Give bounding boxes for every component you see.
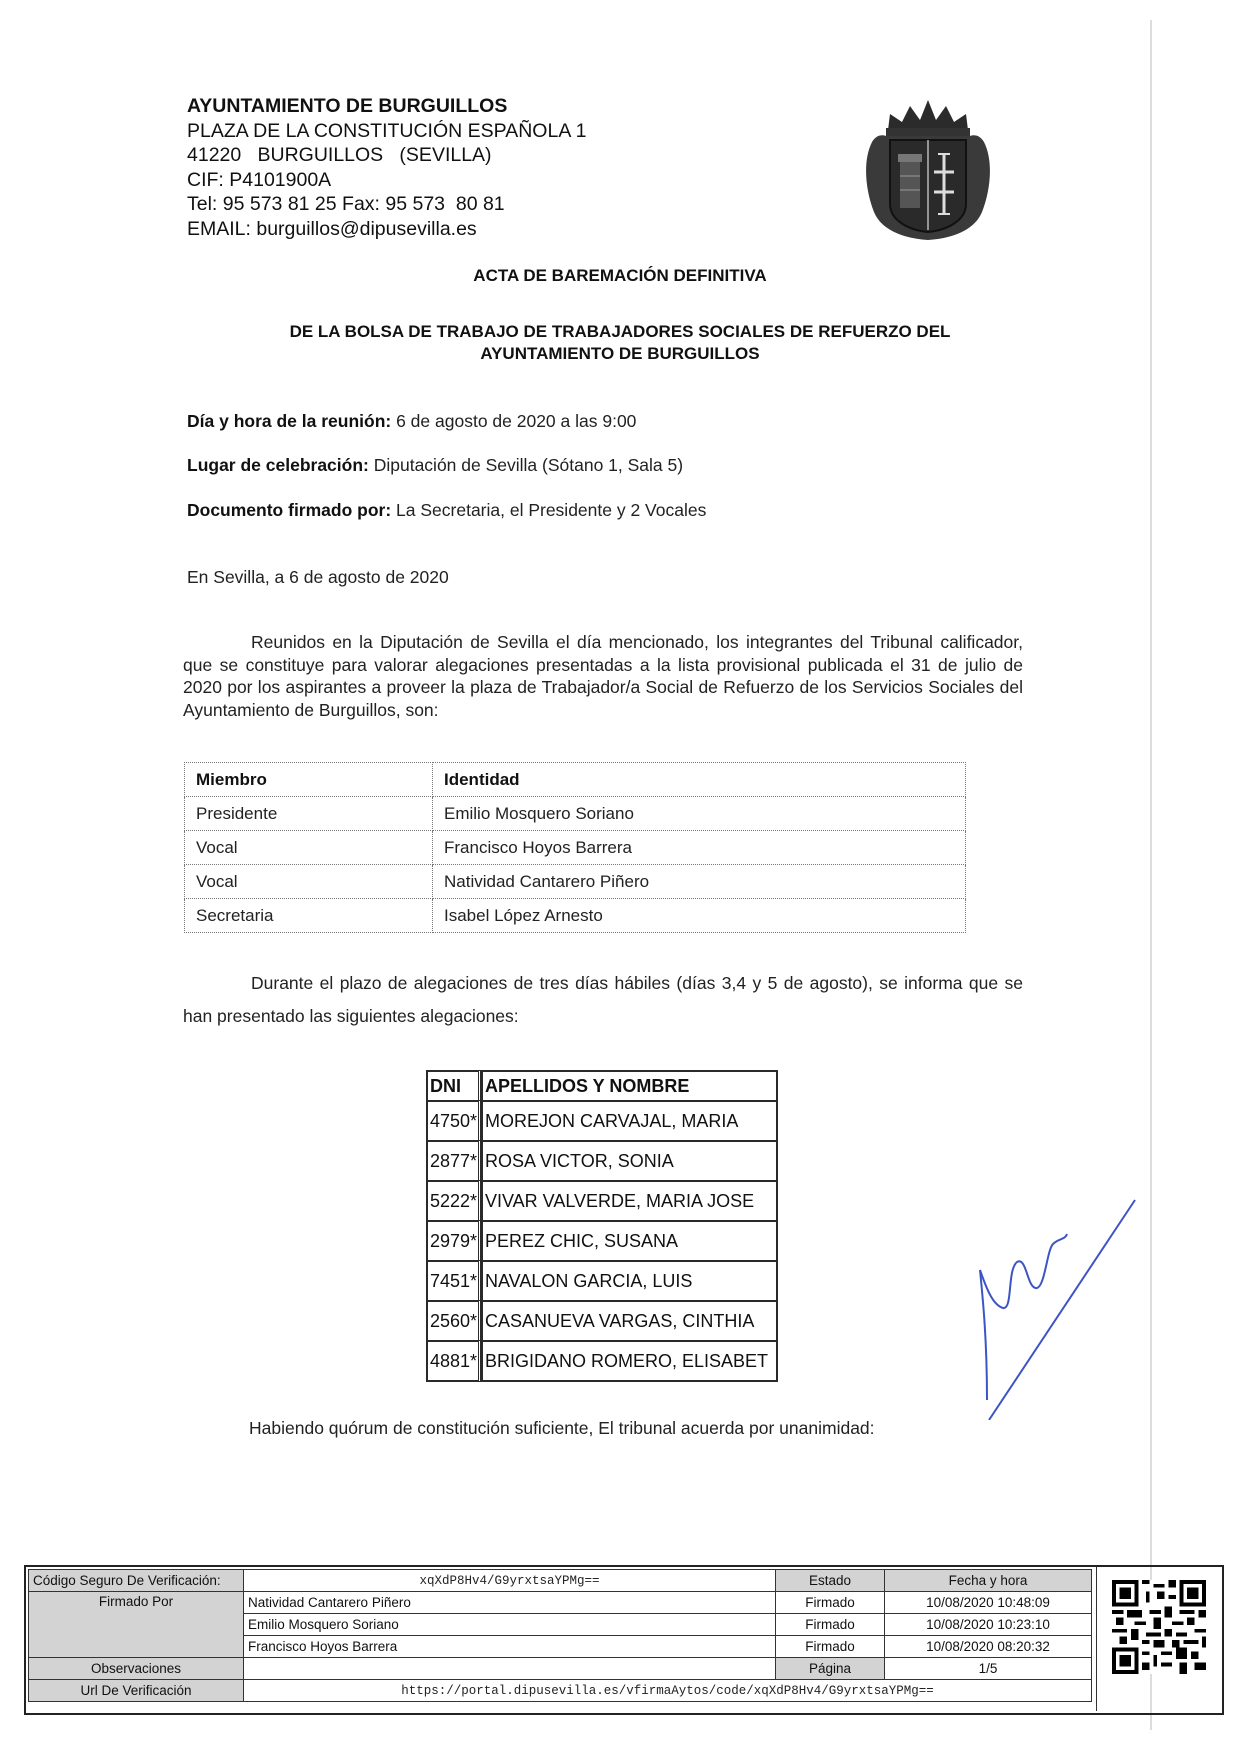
table-row: Vocal Francisco Hoyos Barrera [185,831,966,865]
signer-datetime: 10/08/2020 10:23:10 [885,1614,1092,1636]
signed-label: Documento firmado por: [187,500,391,520]
intro-paragraph-text: Reunidos en la Diputación de Sevilla el … [183,632,1023,720]
page-label: Página [776,1658,885,1680]
table-row: 2560* CASANUEVA VARGAS, CINTHIA [426,1300,778,1340]
signer-status: Firmado [776,1592,885,1614]
code-label: Código Seguro De Verificación: [29,1570,244,1592]
qr-code-icon [1112,1580,1206,1674]
dni-cell: 5222* [426,1180,481,1220]
table-header-row: Miembro Identidad [185,763,966,797]
organization-name: AYUNTAMIENTO DE BURGUILLOS [187,94,587,119]
column-header-name: APELLIDOS Y NOMBRE [481,1070,778,1100]
signer-datetime: 10/08/2020 08:20:32 [885,1636,1092,1658]
table-header-row: DNI APELLIDOS Y NOMBRE [426,1070,778,1100]
signed-by-label: Firmado Por [29,1592,244,1658]
dni-cell: 4881* [426,1340,481,1382]
meeting-place: Lugar de celebración: Diputación de Sevi… [187,455,683,476]
signer-datetime: 10/08/2020 10:48:09 [885,1592,1092,1614]
intro-paragraph: Reunidos en la Diputación de Sevilla el … [183,631,1023,721]
observations-value [244,1658,776,1680]
document-subtitle: DE LA BOLSA DE TRABAJO DE TRABAJADORES S… [0,321,1240,365]
signer-status: Firmado [776,1614,885,1636]
status-header: Estado [776,1570,885,1592]
name-cell: ROSA VICTOR, SONIA [481,1140,778,1180]
signer-name: Francisco Hoyos Barrera [244,1636,776,1658]
date-line: En Sevilla, a 6 de agosto de 2020 [187,567,449,588]
signer-status: Firmado [776,1636,885,1658]
subtitle-line-2: AYUNTAMIENTO DE BURGUILLOS [0,343,1240,365]
table-row: 4881* BRIGIDANO ROMERO, ELISABET [426,1340,778,1382]
signed-value: La Secretaria, el Presidente y 2 Vocales [391,500,706,520]
agreement-paragraph: Habiendo quórum de constitución suficien… [249,1418,875,1439]
column-header-identity: Identidad [433,763,966,797]
handwritten-signature-icon [975,1180,1145,1420]
column-header-dni: DNI [426,1070,481,1100]
signed-by: Documento firmado por: La Secretaria, el… [187,500,706,521]
table-row: 2877* ROSA VICTOR, SONIA [426,1140,778,1180]
table-row: 2979* PEREZ CHIC, SUSANA [426,1220,778,1260]
name-cell: NAVALON GARCIA, LUIS [481,1260,778,1300]
column-header-member: Miembro [185,763,433,797]
allegations-paragraph-text: Durante el plazo de alegaciones de tres … [183,973,1023,1026]
meeting-value: 6 de agosto de 2020 a las 9:00 [391,411,636,431]
place-value: Diputación de Sevilla (Sótano 1, Sala 5) [369,455,683,475]
observations-row: Observaciones Página 1/5 [29,1658,1092,1680]
address: PLAZA DE LA CONSTITUCIÓN ESPAÑOLA 1 [187,119,587,144]
dni-cell: 2979* [426,1220,481,1260]
name-cell: PEREZ CHIC, SUSANA [481,1220,778,1260]
url-row: Url De Verificación https://portal.dipus… [29,1680,1092,1702]
phone-fax: Tel: 95 573 81 25 Fax: 95 573 80 81 [187,192,587,217]
table-row: 4750* MOREJON CARVAJAL, MARIA [426,1100,778,1140]
member-name: Emilio Mosquero Soriano [433,797,966,831]
verification-table: Código Seguro De Verificación: xqXdP8Hv4… [28,1569,1092,1702]
member-role: Vocal [185,865,433,899]
city: 41220 BURGUILLOS (SEVILLA) [187,143,587,168]
signer-name: Emilio Mosquero Soriano [244,1614,776,1636]
dni-cell: 7451* [426,1260,481,1300]
observations-label: Observaciones [29,1658,244,1680]
signer-row: Firmado Por Natividad Cantarero Piñero F… [29,1592,1092,1614]
code-value: xqXdP8Hv4/G9yrxtsaYPMg== [244,1570,776,1592]
document-title: ACTA DE BAREMACIÓN DEFINITIVA [0,266,1240,286]
name-cell: MOREJON CARVAJAL, MARIA [481,1100,778,1140]
meeting-label: Día y hora de la reunión: [187,411,391,431]
coat-of-arms-icon [858,92,998,242]
name-cell: VIVAR VALVERDE, MARIA JOSE [481,1180,778,1220]
member-name: Francisco Hoyos Barrera [433,831,966,865]
place-label: Lugar de celebración: [187,455,369,475]
name-cell: BRIGIDANO ROMERO, ELISABET [481,1340,778,1382]
member-name: Natividad Cantarero Piñero [433,865,966,899]
member-role: Presidente [185,797,433,831]
member-role: Vocal [185,831,433,865]
table-row: Presidente Emilio Mosquero Soriano [185,797,966,831]
signer-name: Natividad Cantarero Piñero [244,1592,776,1614]
allegations-paragraph: Durante el plazo de alegaciones de tres … [183,967,1023,1033]
dni-cell: 2560* [426,1300,481,1340]
table-row: Vocal Natividad Cantarero Piñero [185,865,966,899]
datetime-header: Fecha y hora [885,1570,1092,1592]
page-value: 1/5 [885,1658,1092,1680]
table-row: Secretaria Isabel López Arnesto [185,899,966,933]
dni-cell: 2877* [426,1140,481,1180]
member-role: Secretaria [185,899,433,933]
cif: CIF: P4101900A [187,168,587,193]
allegations-table: DNI APELLIDOS Y NOMBRE 4750* MOREJON CAR… [426,1070,778,1382]
url-label: Url De Verificación [29,1680,244,1702]
member-name: Isabel López Arnesto [433,899,966,933]
code-row: Código Seguro De Verificación: xqXdP8Hv4… [29,1570,1092,1592]
verification-url[interactable]: https://portal.dipusevilla.es/vfirmaAyto… [244,1680,1092,1702]
table-row: 7451* NAVALON GARCIA, LUIS [426,1260,778,1300]
email: EMAIL: burguillos@dipusevilla.es [187,217,587,242]
tribunal-members-table: Miembro Identidad Presidente Emilio Mosq… [184,762,966,933]
table-row: 5222* VIVAR VALVERDE, MARIA JOSE [426,1180,778,1220]
name-cell: CASANUEVA VARGAS, CINTHIA [481,1300,778,1340]
letterhead: AYUNTAMIENTO DE BURGUILLOS PLAZA DE LA C… [187,94,587,241]
dni-cell: 4750* [426,1100,481,1140]
subtitle-line-1: DE LA BOLSA DE TRABAJO DE TRABAJADORES S… [0,321,1240,343]
meeting-datetime: Día y hora de la reunión: 6 de agosto de… [187,411,636,432]
